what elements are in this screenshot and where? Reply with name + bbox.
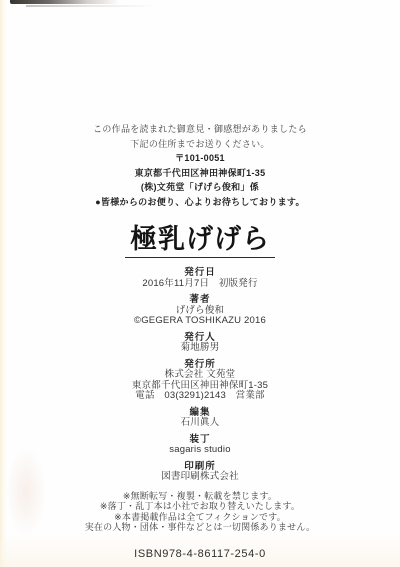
section-publication-date: 発行日 2016年11月7日 初版発行: [0, 268, 400, 289]
notice-line-1: ※無断転写・複製・転載を禁じます。: [0, 491, 400, 502]
notice-line-4: 実在の人物・団体・事件などとは一切関係ありません。: [0, 522, 400, 533]
colophon-page: この作品を読まれた御意見・御感想がありましたら 下記の住所までお送りください。 …: [0, 0, 400, 567]
section-line: 石川眞人: [0, 418, 400, 429]
section-author: 著者 げげら俊和 ©GEGERA TOSHIKAZU 2016: [0, 295, 400, 327]
feedback-address: 東京都千代田区神田神保町1-35: [0, 166, 400, 181]
section-label: 発行日: [0, 268, 400, 279]
colophon-info: 発行日 2016年11月7日 初版発行 著者 げげら俊和 ©GEGERA TOS…: [0, 268, 400, 483]
feedback-note: ●皆様からのお便り、心よりお待ちしております。: [0, 195, 400, 210]
legal-notices: ※無断転写・複製・転載を禁じます。 ※落丁・乱丁本は小社でお取り替えいたします。…: [0, 491, 400, 533]
section-line: sagaris studio: [0, 445, 400, 456]
section-design: 装丁 sagaris studio: [0, 435, 400, 456]
notice-line-3: ※本書掲載作品は全てフィクションです。: [0, 512, 400, 523]
feedback-line-1: この作品を読まれた御意見・御感想がありましたら: [0, 122, 400, 137]
section-editor: 編集 石川眞人: [0, 408, 400, 429]
postal-code: 〒101-0051: [0, 151, 400, 166]
section-label: 著者: [0, 295, 400, 306]
notice-line-2: ※落丁・乱丁本は小社でお取り替えいたします。: [0, 501, 400, 512]
section-line: 図書印刷株式会社: [0, 472, 400, 483]
section-line: 2016年11月7日 初版発行: [0, 279, 400, 290]
copyright-line: ©GEGERA TOSHIKAZU 2016: [0, 316, 400, 327]
feedback-recipient: (株)文苑堂「げげら俊和」係: [0, 180, 400, 195]
feedback-line-2: 下記の住所までお送りください。: [0, 137, 400, 152]
section-line: 株式会社 文苑堂: [0, 370, 400, 381]
page-content: この作品を読まれた御意見・御感想がありましたら 下記の住所までお送りください。 …: [0, 0, 400, 560]
section-printer: 印刷所 図書印刷株式会社: [0, 462, 400, 483]
reader-feedback-block: この作品を読まれた御意見・御感想がありましたら 下記の住所までお送りください。 …: [0, 122, 400, 209]
isbn-number: ISBN978-4-86117-254-0: [0, 548, 400, 560]
book-title: 極乳げげら: [0, 224, 400, 254]
section-publisher-person: 発行人 菊地勝男: [0, 333, 400, 354]
title-underline: [125, 257, 275, 258]
section-line: 菊地勝男: [0, 343, 400, 354]
publisher-phone: 電話 03(3291)2143 営業部: [0, 391, 400, 402]
section-publisher-company: 発行所 株式会社 文苑堂 東京都千代田区神田神保町1-35 電話 03(3291…: [0, 360, 400, 402]
